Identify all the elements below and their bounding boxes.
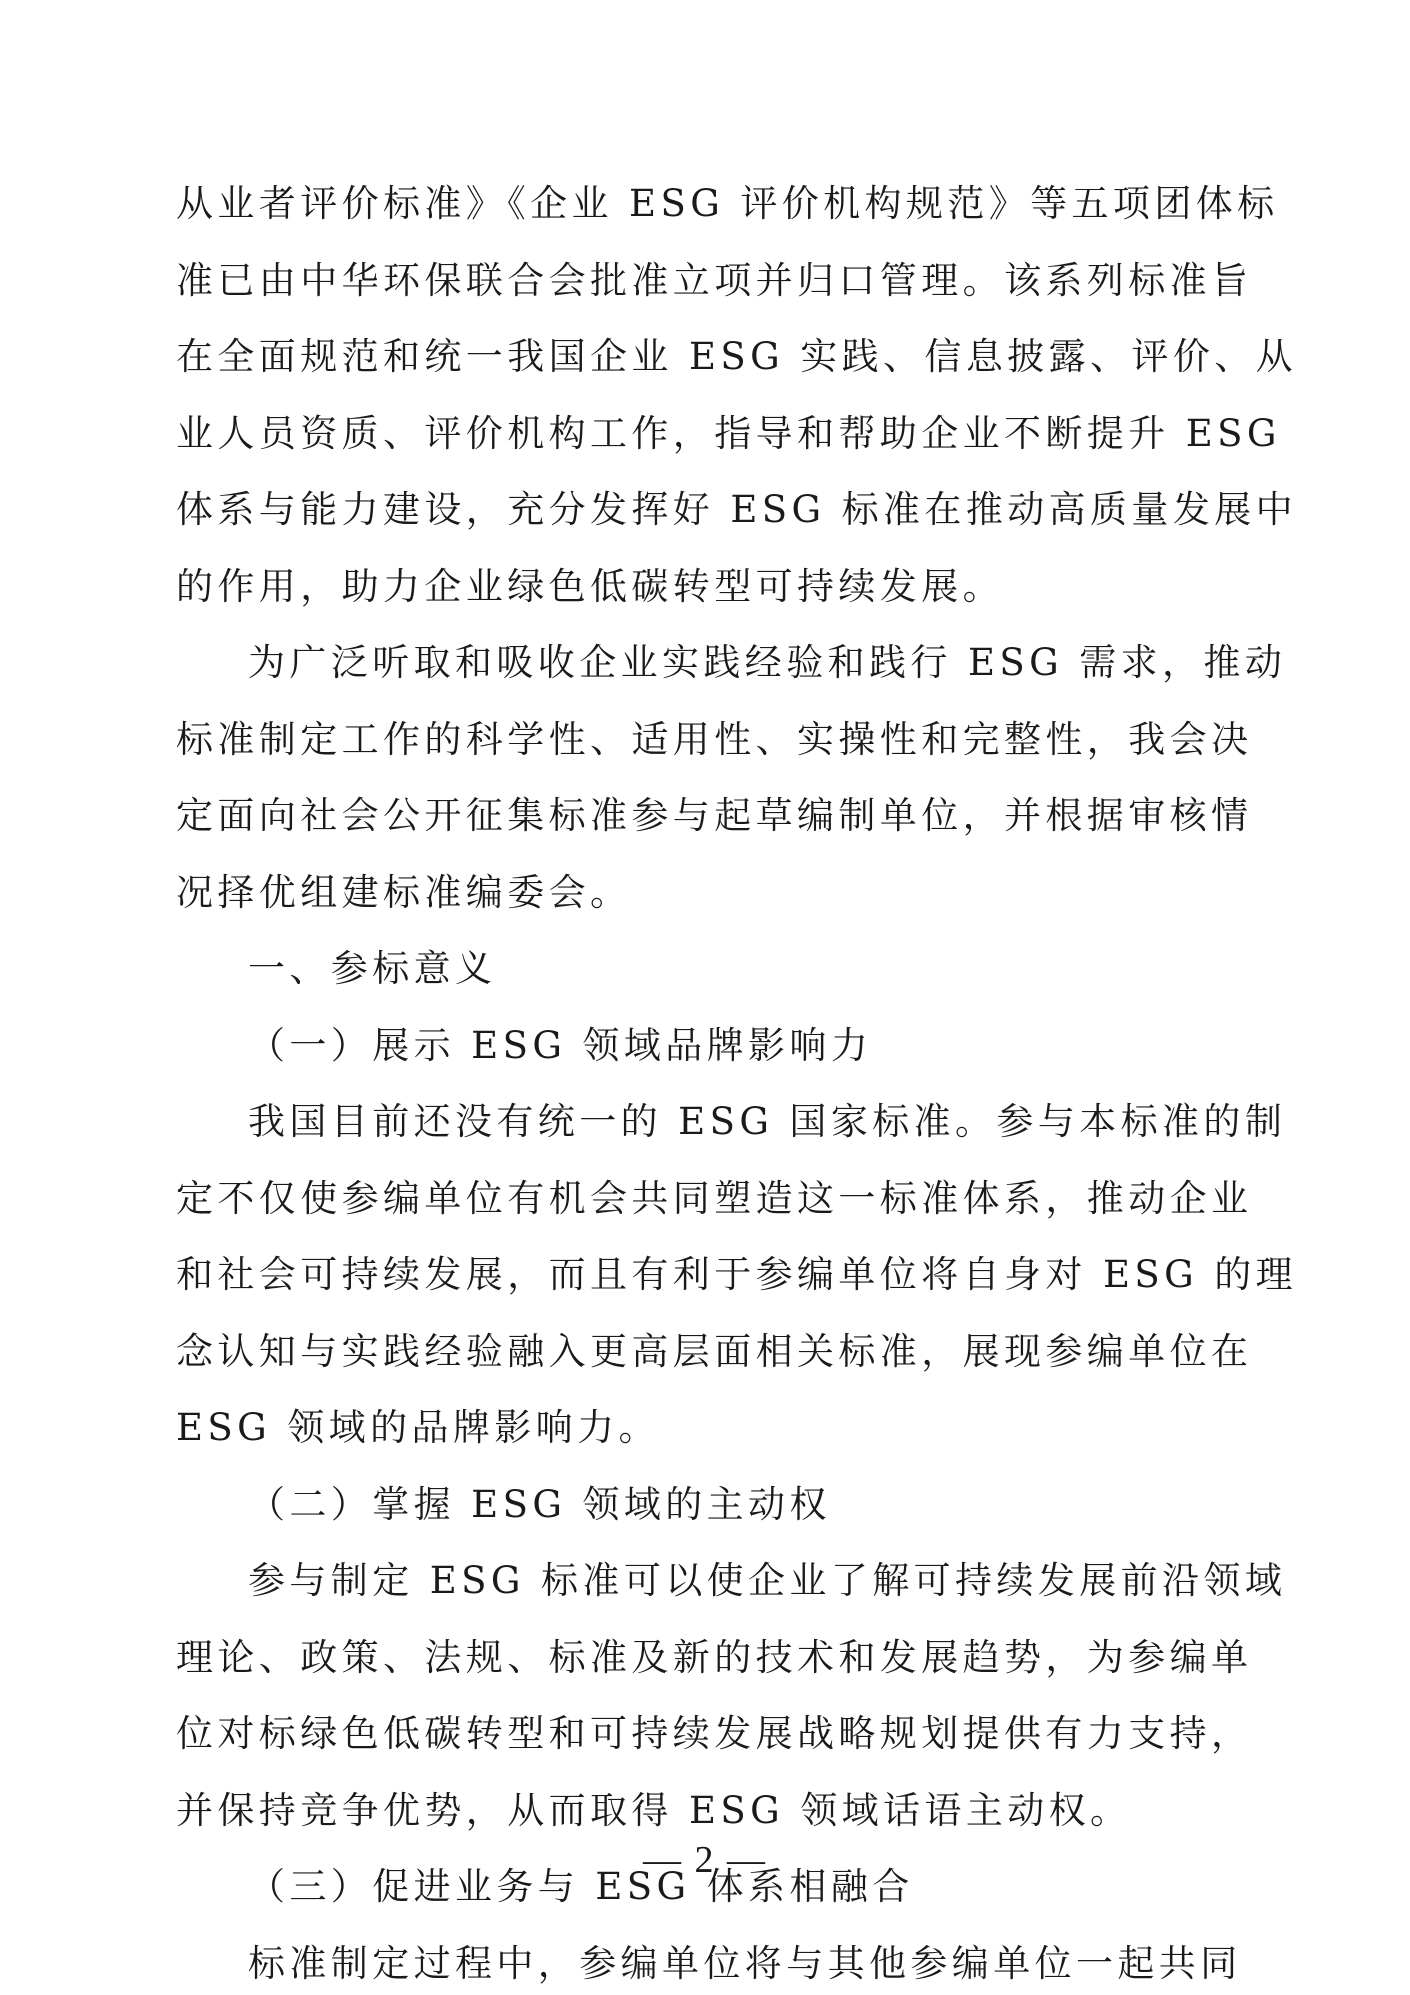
text-line: 在全面规范和统一我国企业 ESG 实践、信息披露、评价、从 <box>176 319 1176 396</box>
document-page: 从业者评价标准》《企业 ESG 评价机构规范》等五项团体标准已由中华环保联合会批… <box>0 0 1410 1995</box>
text-line: 位对标绿色低碳转型和可持续发展战略规划提供有力支持， <box>176 1696 1176 1773</box>
text-line: （二）掌握 ESG 领域的主动权 <box>176 1467 1176 1544</box>
text-line: 参与制定 ESG 标准可以使企业了解可持续发展前沿领域 <box>176 1543 1176 1620</box>
text-line: 定不仅使参编单位有机会共同塑造这一标准体系，推动企业 <box>176 1161 1176 1238</box>
page-number: — 2 — <box>0 1838 1410 1882</box>
text-line: （一）展示 ESG 领域品牌影响力 <box>176 1008 1176 1085</box>
text-line: 我国目前还没有统一的 ESG 国家标准。参与本标准的制 <box>176 1084 1176 1161</box>
text-line: 体系与能力建设，充分发挥好 ESG 标准在推动高质量发展中 <box>176 472 1176 549</box>
text-line: 理论、政策、法规、标准及新的技术和发展趋势，为参编单 <box>176 1620 1176 1697</box>
text-line: 标准制定工作的科学性、适用性、实操性和完整性，我会决 <box>176 702 1176 779</box>
body-text: 从业者评价标准》《企业 ESG 评价机构规范》等五项团体标准已由中华环保联合会批… <box>176 166 1176 1995</box>
text-line: 的作用，助力企业绿色低碳转型可持续发展。 <box>176 549 1176 626</box>
text-line: 定面向社会公开征集标准参与起草编制单位，并根据审核情 <box>176 778 1176 855</box>
text-line: ESG 领域的品牌影响力。 <box>176 1390 1176 1467</box>
text-line: 业人员资质、评价机构工作，指导和帮助企业不断提升 ESG <box>176 396 1176 473</box>
text-line: 念认知与实践经验融入更高层面相关标准，展现参编单位在 <box>176 1314 1176 1391</box>
text-line: 和社会可持续发展，而且有利于参编单位将自身对 ESG 的理 <box>176 1237 1176 1314</box>
text-line: 一、参标意义 <box>176 931 1176 1008</box>
text-line: 标准制定过程中，参编单位将与其他参编单位一起共同 <box>176 1926 1176 1995</box>
text-line: 从业者评价标准》《企业 ESG 评价机构规范》等五项团体标 <box>176 166 1176 243</box>
text-line: 为广泛听取和吸收企业实践经验和践行 ESG 需求，推动 <box>176 625 1176 702</box>
text-line: 准已由中华环保联合会批准立项并归口管理。该系列标准旨 <box>176 243 1176 320</box>
text-line: 况择优组建标准编委会。 <box>176 855 1176 932</box>
